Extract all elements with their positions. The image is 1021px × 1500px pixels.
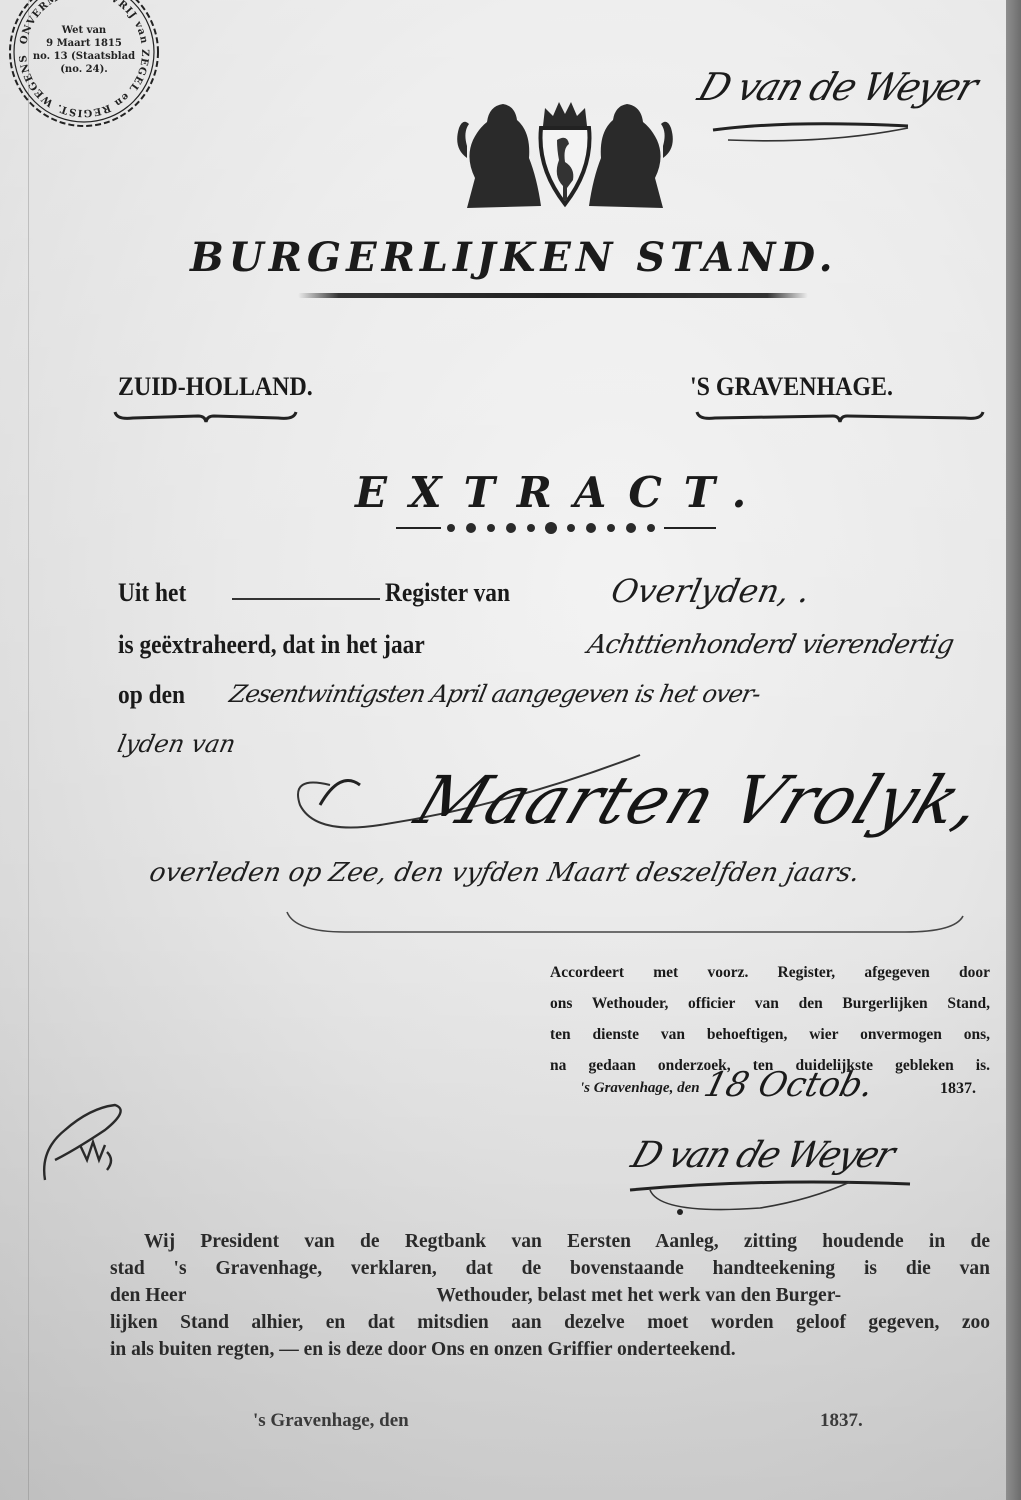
closing-bracket-icon bbox=[285, 910, 965, 940]
tax-exempt-stamp: ONVERMOGEN - VRIJ van ZEGEL en REGIST. W… bbox=[4, 0, 164, 132]
legal-line: Wij President van de Regtbank van Eerste… bbox=[110, 1228, 990, 1255]
coat-of-arms-icon bbox=[445, 88, 685, 210]
deceased-name: Maarten Vrolyk, bbox=[406, 762, 994, 839]
death-details-handwritten: overleden op Zee, den vyfden Maart desze… bbox=[147, 858, 863, 888]
legal-year: 1837. bbox=[820, 1410, 863, 1432]
stamp-line: 9 Maart 1815 bbox=[24, 37, 144, 50]
margin-initials-icon bbox=[35, 1090, 125, 1190]
certification-block: Accordeert met voorz. Register, afgegeve… bbox=[550, 957, 990, 1081]
year-handwritten: Achttienhonderd vierendertig bbox=[585, 630, 956, 660]
legal-place: 's Gravenhage, den bbox=[253, 1410, 409, 1432]
signature-flourish-icon bbox=[708, 118, 938, 148]
cert-line: Accordeert met voorz. Register, afgegeve… bbox=[550, 957, 990, 988]
fold-line bbox=[28, 0, 29, 1500]
legal-line-heer: den HeerWethouder, belast met het werk v… bbox=[110, 1282, 990, 1309]
stamp-line: no. 13 (Staatsblad bbox=[24, 50, 144, 63]
title-rule bbox=[298, 293, 808, 298]
blank-line bbox=[232, 598, 380, 600]
legal-line: stad 's Gravenhage, verklaren, dat de bo… bbox=[110, 1255, 990, 1282]
register-type: Overlyden, . bbox=[608, 572, 813, 610]
cert-line: ons Wethouder, officier van den Burgerli… bbox=[550, 988, 990, 1019]
brace-icon bbox=[113, 408, 298, 428]
cert-line: ten dienste van behoeftigen, wier onverm… bbox=[550, 1019, 990, 1050]
stamp-center-text: Wet van 9 Maart 1815 no. 13 (Staatsblad … bbox=[24, 24, 144, 76]
document-title: BURGERLIJKEN STAND. bbox=[190, 234, 930, 281]
document-page: ONVERMOGEN - VRIJ van ZEGEL en REGIST. W… bbox=[0, 0, 1021, 1500]
date-declared-handwritten: Zesentwintigsten April aangegeven is het… bbox=[227, 680, 763, 708]
body-line3-prefix: op den bbox=[118, 680, 185, 710]
legal-line: lijken Stand alhier, en dat mitsdien aan… bbox=[110, 1309, 990, 1336]
stamp-line: Wet van bbox=[24, 24, 144, 37]
page-edge-shadow bbox=[1006, 0, 1021, 1500]
extract-heading: EXTRACT. bbox=[355, 468, 768, 517]
brace-icon bbox=[695, 408, 985, 428]
top-signature: D van de Weyer bbox=[693, 65, 982, 109]
stamp-line: (no. 24). bbox=[24, 63, 144, 76]
legal-line: in als buiten regten, — en is deze door … bbox=[110, 1336, 990, 1363]
cert-year: 1837. bbox=[940, 1080, 976, 1098]
city-label: 'S GRAVENHAGE. bbox=[690, 372, 893, 402]
body-line2-prefix: is geëxtraheerd, dat in het jaar bbox=[118, 630, 425, 660]
legal-wethouder-text: Wethouder, belast met het werk van den B… bbox=[436, 1285, 841, 1306]
cert-date-handwritten: 18 Octob. bbox=[700, 1065, 878, 1105]
floral-ornament-icon bbox=[396, 520, 716, 536]
legal-heer-label: den Heer bbox=[110, 1285, 186, 1306]
body-line1-middle: Register van bbox=[385, 578, 510, 608]
signature-flourish-icon bbox=[610, 1170, 920, 1220]
cert-place: 's Gravenhage, den bbox=[580, 1080, 700, 1097]
body-line1-prefix: Uit het bbox=[118, 578, 186, 608]
body-line4-handwritten: lyden van bbox=[115, 730, 238, 758]
province-label: ZUID-HOLLAND. bbox=[118, 372, 313, 402]
legalization-paragraph: Wij President van de Regtbank van Eerste… bbox=[110, 1228, 990, 1363]
